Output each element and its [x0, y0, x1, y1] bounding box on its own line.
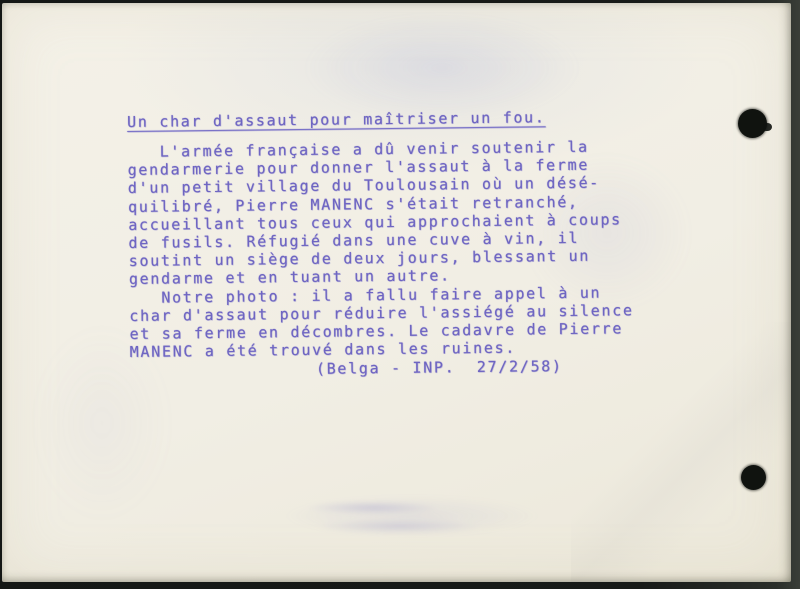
punch-hole-top — [738, 109, 767, 138]
ghost-ink-stain-top — [302, 13, 582, 123]
credit-line: (Belga - INP. 27/2/58) — [316, 356, 690, 378]
punch-hole-bottom — [741, 465, 766, 490]
caption-body: L'armée française a dû venir soutenir la… — [127, 137, 689, 362]
scan-frame: Un char d'assaut pour maîtriser un fou. … — [0, 0, 800, 589]
ink-smudge-bottom — [282, 495, 542, 537]
caption-text-block: Un char d'assaut pour maîtriser un fou. … — [127, 107, 690, 381]
photo-back-paper: Un char d'assaut pour maîtriser un fou. … — [2, 3, 791, 582]
caption-title: Un char d'assaut pour maîtriser un fou. — [127, 107, 687, 131]
